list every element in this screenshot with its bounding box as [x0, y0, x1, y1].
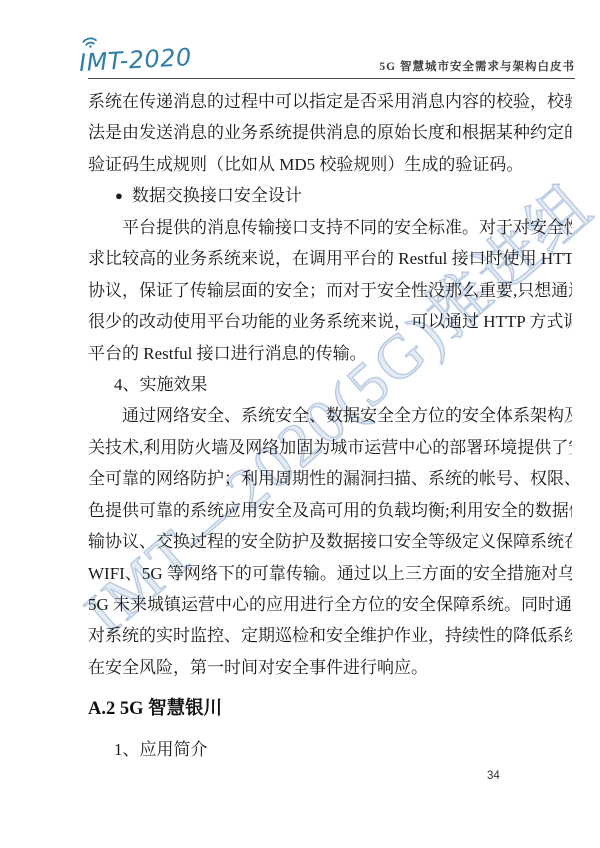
text-line: 通过网络安全、系统安全、数据安全全方位的安全体系架构及相: [88, 400, 572, 431]
text-line: 4、实施效果: [114, 369, 572, 400]
text-line: 5G 未来城镇运营中心的应用进行全方位的安全保障系统。同时通过: [88, 589, 572, 620]
text-line: WIFI、5G 等网络下的可靠传输。通过以上三方面的安全措施对乌镇: [88, 558, 572, 589]
text-line: 平台提供的消息传输接口支持不同的安全标准。对于对安全性要: [88, 212, 572, 243]
text-line: 很少的改动使用平台功能的业务系统来说，可以通过 HTTP 方式调用: [88, 306, 572, 337]
numbered-heading-block: 1、应用简介: [88, 734, 572, 765]
header-title: 5G 智慧城市安全需求与架构白皮书: [379, 58, 575, 74]
document-page: IMT-2020 5G 智慧城市安全需求与架构白皮书 IMT—2020(5G)推…: [0, 0, 600, 848]
wifi-icon: [83, 38, 97, 49]
bullet-block: ●数据交换接口安全设计: [88, 180, 572, 211]
text-line: 全可靠的网络防护；利用周期性的漏洞扫描、系统的帐号、权限、角: [88, 463, 572, 494]
paragraph-block: 通过网络安全、系统安全、数据安全全方位的安全体系架构及相关技术,利用防火墙及网络…: [88, 400, 572, 683]
paragraph-block: 系统在传递消息的过程中可以指定是否采用消息内容的校验，校验方法是由发送消息的业务…: [88, 86, 572, 180]
text-line: 求比较高的业务系统来说，在调用平台的 Restful 接口时使用 HTTPS: [88, 243, 572, 274]
logo-text: IMT-2020: [78, 43, 192, 76]
text-line: 色提供可靠的系统应用安全及高可用的负载均衡;利用安全的数据传: [88, 495, 572, 526]
bullet-label: 数据交换接口安全设计: [132, 186, 302, 205]
text-line: 验证码生成规则（比如从 MD5 校验规则）生成的验证码。: [88, 149, 572, 180]
text-line: 输协议、交换过程的安全防护及数据接口安全等级定义保障系统在: [88, 526, 572, 557]
text-line: ●数据交换接口安全设计: [115, 180, 572, 211]
document-body: 系统在传递消息的过程中可以指定是否采用消息内容的校验，校验方法是由发送消息的业务…: [88, 86, 572, 766]
text-line: 1、应用简介: [114, 734, 572, 765]
text-line: 对系统的实时监控、定期巡检和安全维护作业，持续性的降低系统潜: [88, 620, 572, 651]
text-line: 在安全风险，第一时间对安全事件进行响应。: [88, 652, 572, 683]
bullet-icon: ●: [115, 188, 123, 203]
text-line: 法是由发送消息的业务系统提供消息的原始长度和根据某种约定的: [88, 117, 572, 148]
header-divider: [88, 78, 575, 79]
imt-2020-logo: IMT-2020: [76, 34, 206, 76]
text-line: 系统在传递消息的过程中可以指定是否采用消息内容的校验，校验方: [88, 86, 572, 117]
numbered-heading-block: 4、实施效果: [88, 369, 572, 400]
text-line: 关技术,利用防火墙及网络加固为城市运营中心的部署环境提供了安: [88, 432, 572, 463]
page-number: 34: [487, 770, 500, 782]
paragraph-block: 平台提供的消息传输接口支持不同的安全标准。对于对安全性要求比较高的业务系统来说，…: [88, 212, 572, 369]
text-line: A.2 5G 智慧银川: [88, 692, 572, 726]
text-line: 协议，保证了传输层面的安全；而对于安全性没那么重要,只想通过: [88, 275, 572, 306]
text-line: 平台的 Restful 接口进行消息的传输。: [88, 338, 572, 369]
section-heading-block: A.2 5G 智慧银川: [88, 692, 572, 726]
